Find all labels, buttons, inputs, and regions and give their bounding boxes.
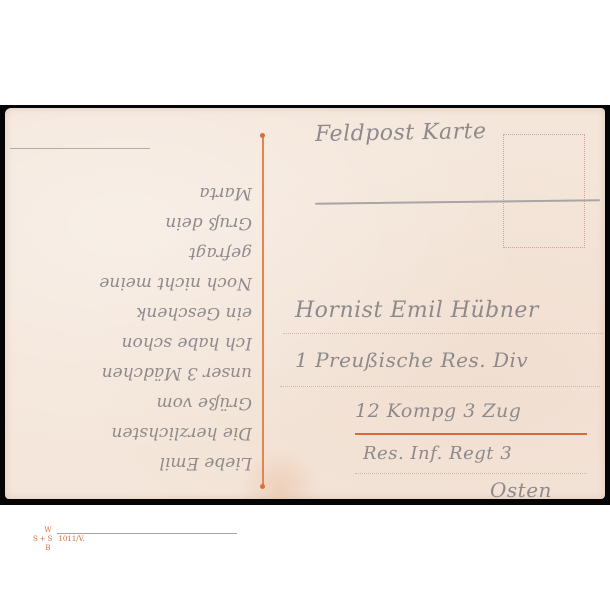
address-rule-red: [355, 433, 587, 435]
message-line: Die herzlichsten: [17, 418, 252, 448]
cross-icon: +: [40, 535, 46, 544]
postcard: Liebe Emil Die herzlichsten Grüße vom un…: [5, 108, 605, 499]
message-line: unser 3 Mädchen: [17, 358, 252, 388]
address-destination: Osten: [490, 478, 552, 502]
message-line: gefragt: [17, 238, 252, 268]
address-rule: [355, 473, 587, 474]
center-divider: [262, 135, 264, 487]
address-division: 1 Preußische Res. Div: [295, 348, 528, 372]
printer-mark-bottom: B: [39, 544, 57, 553]
message-line: Marta: [17, 178, 252, 208]
handwritten-message: Liebe Emil Die herzlichsten Grüße vom un…: [17, 138, 252, 478]
message-line: Grüße vom: [17, 388, 252, 418]
address-company: 12 Kompg 3 Zug: [355, 400, 521, 422]
address-rule: [283, 333, 603, 334]
message-line: Gruß dein: [17, 208, 252, 238]
printer-mark-left: S: [33, 535, 38, 544]
address-rule: [280, 386, 600, 387]
header-feldpost: Feldpost Karte: [315, 119, 487, 147]
printer-mark-top: W: [39, 526, 57, 535]
printer-mark-code: 1011/V.: [58, 535, 84, 544]
address-recipient: Hornist Emil Hübner: [295, 298, 539, 323]
message-line: ein Geschenk: [17, 298, 252, 328]
printer-mark: W S + S 1011/V. B: [33, 526, 85, 553]
divider-dot: [260, 133, 265, 138]
address-regiment: Res. Inf. Regt 3: [363, 443, 512, 464]
message-line: Ich habe schon: [17, 328, 252, 358]
printer-mark-right: S: [48, 535, 53, 544]
divider-dot: [260, 484, 265, 489]
message-line: Noch nicht meine: [17, 268, 252, 298]
message-line: Liebe Emil: [17, 448, 252, 478]
stamp-box: [503, 134, 585, 248]
